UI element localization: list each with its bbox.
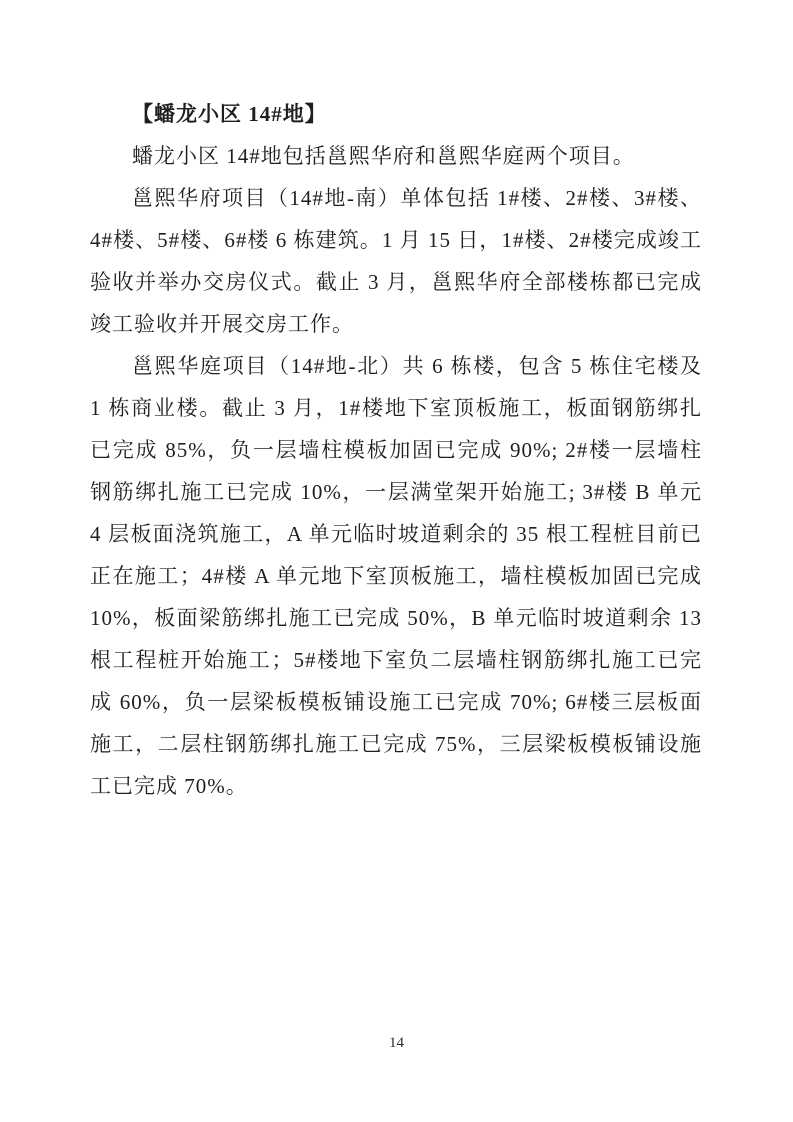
paragraph-yongxi-huafu: 邕熙华府项目（14#地-南）单体包括 1#楼、2#楼、3#楼、4#楼、5#楼、6… (90, 177, 702, 345)
document-body: 【蟠龙小区 14#地】 蟠龙小区 14#地包括邕熙华府和邕熙华庭两个项目。 邕熙… (90, 93, 702, 807)
page-number: 14 (0, 1033, 793, 1053)
section-heading: 【蟠龙小区 14#地】 (90, 93, 702, 135)
document-page: 【蟠龙小区 14#地】 蟠龙小区 14#地包括邕熙华府和邕熙华庭两个项目。 邕熙… (0, 0, 793, 1122)
paragraph-project-overview: 蟠龙小区 14#地包括邕熙华府和邕熙华庭两个项目。 (90, 135, 702, 177)
paragraph-yongxi-huating: 邕熙华庭项目（14#地-北）共 6 栋楼，包含 5 栋住宅楼及 1 栋商业楼。截… (90, 345, 702, 807)
